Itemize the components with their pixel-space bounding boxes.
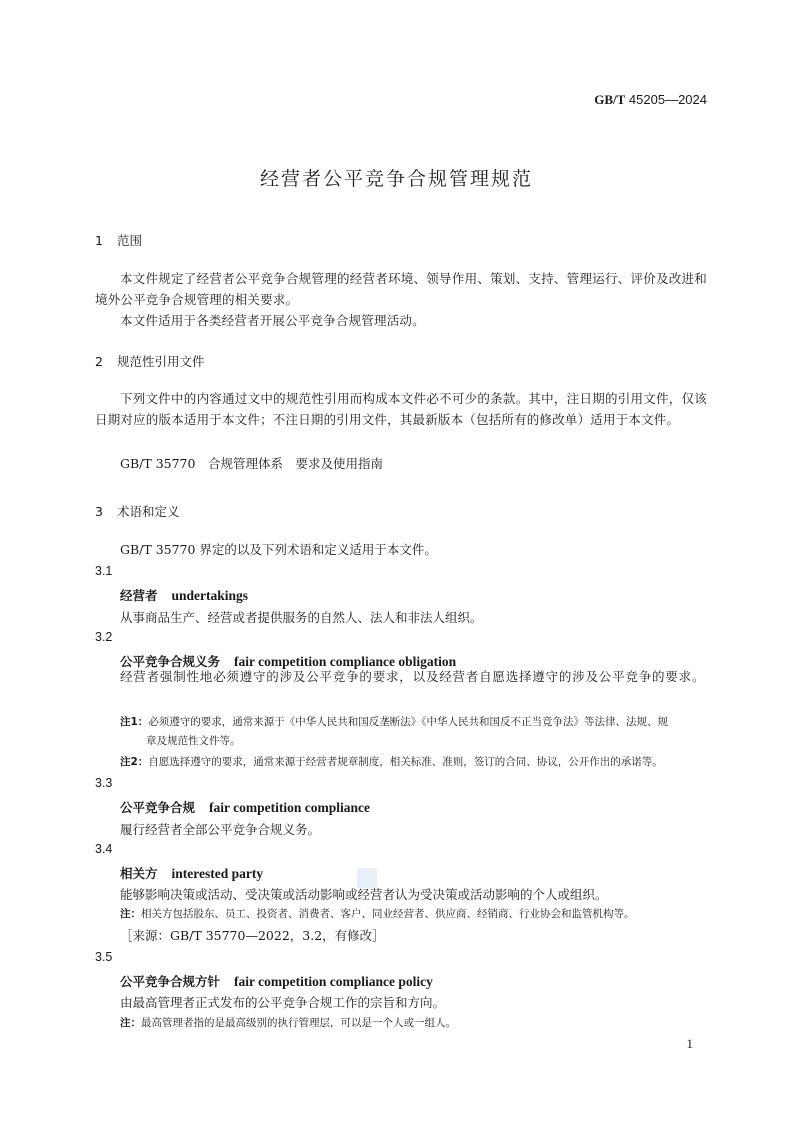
page-number: 1 bbox=[687, 1036, 694, 1052]
standard-number: GB/T 45205—2024 bbox=[594, 92, 707, 108]
section-1-paragraph-2: 本文件适用于各类经营者开展公平竞争合规管理活动。 bbox=[95, 310, 707, 331]
normative-reference: GB/T 35770 合规管理体系 要求及使用指南 bbox=[120, 454, 383, 472]
section-1-heading: 1范围 bbox=[95, 231, 142, 249]
term-note-1: 注1：必须遵守的要求，通常来源于《中华人民共和国反垄断法》《中华人民共和国反不正… bbox=[120, 714, 668, 729]
term-note-2: 注2：自愿选择遵守的要求，通常来源于经营者规章制度，相关标准、准则，签订的合同、… bbox=[120, 754, 663, 769]
term-number: 3.4 bbox=[95, 842, 112, 856]
term-note-1-continued: 章及规范性文件等。 bbox=[146, 733, 241, 748]
term-definition: 经营者强制性地必须遵守的涉及公平竞争的要求，以及经营者自愿选择遵守的涉及公平竞争… bbox=[95, 666, 707, 687]
term-heading: 公平竞争合规方针fair competition compliance poli… bbox=[120, 972, 433, 990]
section-3-intro: GB/T 35770 界定的以及下列术语和定义适用于本文件。 bbox=[120, 540, 437, 558]
term-number: 3.5 bbox=[95, 950, 112, 964]
term-source: ［来源：GB/T 35770—2022，3.2，有修改］ bbox=[120, 926, 385, 944]
term-number: 3.1 bbox=[95, 564, 112, 578]
term-definition: 由最高管理者正式发布的公平竞争合规工作的宗旨和方向。 bbox=[120, 993, 445, 1011]
term-heading: 相关方interested party bbox=[120, 864, 263, 882]
term-definition: 从事商品生产、经营或者提供服务的自然人、法人和非法人组织。 bbox=[120, 608, 483, 626]
term-note: 注：相关方包括股东、员工、投资者、消费者、客户、同业经营者、供应商、经销商、行业… bbox=[120, 906, 635, 921]
section-2-heading: 2规范性引用文件 bbox=[95, 352, 205, 370]
term-definition: 能够影响决策或活动、受决策或活动影响或经营者认为受决策或活动影响的个人或组织。 bbox=[120, 885, 608, 903]
term-note: 注：最高管理者指的是最高级别的执行管理层，可以是一个人或一组人。 bbox=[120, 1015, 456, 1030]
section-1-paragraph-1: 本文件规定了经营者公平竞争合规管理的经营者环境、领导作用、策划、支持、管理运行、… bbox=[95, 268, 707, 310]
term-definition: 履行经营者全部公平竞争合规义务。 bbox=[120, 820, 320, 838]
term-number: 3.3 bbox=[95, 776, 112, 790]
term-number: 3.2 bbox=[95, 630, 112, 644]
term-heading: 公平竞争合规fair competition compliance bbox=[120, 798, 370, 816]
section-3-heading: 3术语和定义 bbox=[95, 502, 180, 520]
term-heading: 经营者undertakings bbox=[120, 586, 248, 604]
document-title: 经营者公平竞争合规管理规范 bbox=[0, 164, 793, 191]
section-2-paragraph: 下列文件中的内容通过文中的规范性引用而构成本文件必不可少的条款。其中，注日期的引… bbox=[95, 388, 707, 430]
